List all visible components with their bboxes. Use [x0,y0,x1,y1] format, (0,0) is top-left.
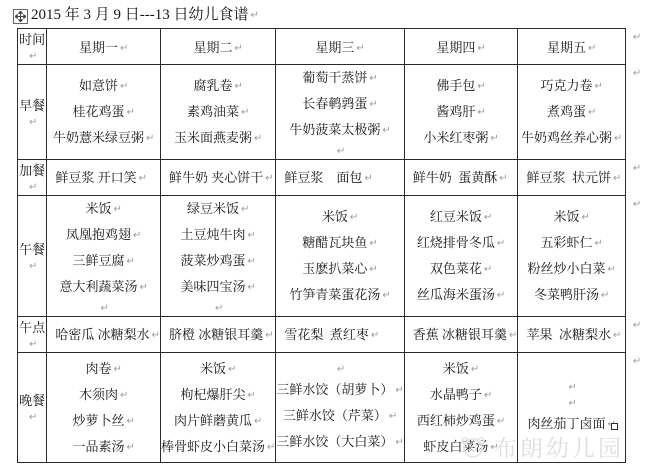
paragraph-mark-icon: ↵ [633,356,641,367]
menu-cell: 脐橙 冰糖银耳羹↵ [160,317,275,353]
paragraph-mark-icon: ↵ [382,125,390,136]
paragraph-mark-icon: ↵ [126,256,134,267]
paragraph-mark-icon: ↵ [614,133,622,144]
menu-item-text: 桂花鸡蛋 [72,104,124,119]
menu-item-text: 玉米面燕麦粥 [174,130,252,145]
paragraph-mark-icon: ↵ [509,330,517,341]
document-title: 2015 年 3 月 9 日---13 日幼儿食谱↵ [31,3,259,24]
menu-item-text: 米饭 [322,209,348,224]
header-row: 时间↵星期一↵星期二↵星期三↵星期四↵星期五↵↵ [18,29,646,65]
paragraph-mark-icon: ↵ [133,230,141,241]
paragraph-mark-icon: ↵ [568,382,576,393]
menu-item-text: 绿豆米饭 [187,201,239,216]
paragraph-mark-icon: ↵ [139,282,147,293]
menu-cell: 香蕉 冰糖银耳羹↵ [404,317,518,353]
menu-item-text: 丝瓜海米蛋汤 [417,287,495,302]
menu-item-line: 米饭↵ [518,204,624,230]
menu-item-text: 腐乳卷 [193,78,232,93]
menu-table: 时间↵星期一↵星期二↵星期三↵星期四↵星期五↵↵ 早餐↵如意饼↵桂花鸡蛋↵牛奶薏… [17,28,646,463]
menu-cell: 佛手包↵酱鸡肝↵小米红枣粥↵ [404,65,518,160]
paragraph-mark-icon: ↵ [389,411,397,422]
menu-item-text: 肉卷 [85,361,111,376]
menu-item-line: 香蕉 冰糖银耳羹↵ [413,322,518,348]
column-header-label: 星期四 [436,40,475,55]
paragraph-mark-icon: ↵ [215,303,223,314]
paragraph-mark-icon: ↵ [395,385,403,396]
menu-item-text: 煮鸡蛋 [547,104,586,119]
row-end-gutter: ↵ [625,353,645,463]
menu-item-line: 凤凰抱鸡翅↵ [47,222,160,248]
menu-item-line: 佛手包↵ [405,73,518,99]
paragraph-mark-icon: ↵ [29,339,37,350]
meal-label-cell: 午餐↵ [18,196,47,317]
menu-table-header: 时间↵星期一↵星期二↵星期三↵星期四↵星期五↵↵ [18,29,646,65]
paragraph-mark-icon: ↵ [251,10,259,21]
menu-item-line: 鲜豆浆 开口笑↵ [55,165,160,191]
menu-item-text: 小米红枣粥 [423,130,488,145]
paragraph-mark-icon: ↵ [477,43,485,54]
menu-item-text: 葡萄干蒸饼 [302,70,367,85]
menu-item-text: 巧克力卷 [540,78,592,93]
menu-item-text: 酱鸡肝 [436,104,475,119]
menu-item-text: 长春鹌鹑蛋 [302,96,367,111]
menu-item-line: 鲜豆浆 状元饼↵ [526,165,624,191]
paragraph-mark-icon: ↵ [594,238,602,249]
menu-item-line: 牛奶鸡丝养心粥↵ [518,125,624,151]
menu-item-line: 三鲜水饺（胡萝卜）↵ [276,377,403,403]
menu-item-line: 菠菜炒鸡蛋↵ [161,248,275,274]
menu-item-line: 三鲜豆腐↵ [47,248,160,274]
meal-label-cell: 早餐↵ [18,65,47,160]
table-move-handle[interactable] [13,9,28,24]
paragraph-mark-icon: ↵ [607,264,615,275]
paragraph-mark-icon: ↵ [29,182,37,193]
meal-label: 早餐 [19,98,45,113]
paragraph-mark-icon: ↵ [471,364,479,375]
menu-item-text: 三鲜豆腐 [72,253,124,268]
paragraph-mark-icon: ↵ [265,330,273,341]
paragraph-mark-icon: ↵ [568,398,576,409]
menu-item-text: 牛奶薏米绿豆粥 [53,130,144,145]
menu-cell: 如意饼↵桂花鸡蛋↵牛奶薏米绿豆粥↵ [47,65,161,160]
menu-item-text: 鲜牛奶 夹心饼干 [169,170,263,185]
paragraph-mark-icon: ↵ [497,290,505,301]
menu-item-line: 素鸡油菜↵ [161,99,275,125]
menu-item-text: 肉片鲜蘑黄瓜 [174,413,252,428]
paragraph-mark-icon: ↵ [497,416,505,427]
menu-item-text: 米饭 [443,361,469,376]
menu-cell: 米饭↵枸杞爆肝尖↵肉片鲜蘑黄瓜↵棒骨虾皮小白菜汤↵ [160,353,275,463]
paragraph-mark-icon: ↵ [146,133,154,144]
menu-item-line: 鲜牛奶 蛋黄酥↵ [413,165,518,191]
paragraph-mark-icon: ↵ [484,390,492,401]
menu-item-text: 三鲜水饺（芹菜） [283,408,387,423]
paragraph-mark-icon: ↵ [247,230,255,241]
menu-item-line: 五彩虾仁↵ [518,230,624,256]
menu-cell: 鲜牛奶 夹心饼干↵ [160,160,275,196]
column-header-label: 星期三 [315,40,354,55]
menu-table-body: 早餐↵如意饼↵桂花鸡蛋↵牛奶薏米绿豆粥↵腐乳卷↵素鸡油菜↵玉米面燕麦粥↵葡萄干蒸… [18,65,646,463]
meal-row: 加餐↵鲜豆浆 开口笑↵鲜牛奶 夹心饼干↵鲜豆浆 面包↵鲜牛奶 蛋黄酥↵鲜豆浆 状… [18,160,646,196]
paragraph-mark-icon: ↵ [350,212,358,223]
menu-item-text: 如意饼 [79,78,118,93]
menu-item-line: 煮鸡蛋↵ [518,99,624,125]
menu-item-line: 玉麽扒菜心↵ [276,256,403,282]
menu-item-line: 鲜牛奶 夹心饼干↵ [169,165,275,191]
menu-item-text: 木须肉 [79,387,118,402]
row-end-gutter: ↵ [625,317,645,353]
menu-cell: 红豆米饭↵红烧排骨冬瓜↵双色菜花↵丝瓜海米蛋汤↵ [404,196,518,317]
menu-item-text: 一品素汤 [72,439,124,454]
meal-label: 晚餐 [19,393,45,408]
paragraph-mark-icon: ↵ [382,290,390,301]
menu-item-line: 酱鸡肝↵ [405,99,518,125]
paragraph-mark-icon: ↵ [484,212,492,223]
watermark: 布朗幼儿园 [457,430,624,463]
menu-item-text: 鲜豆浆 状元饼 [526,170,611,185]
menu-item-line: 红豆米饭↵ [405,204,518,230]
paragraph-mark-icon: ↵ [29,117,37,128]
menu-item-text: 鲜牛奶 蛋黄酥 [413,170,498,185]
menu-item-text: 牛奶菠菜太极粥 [289,122,380,137]
paragraph-mark-icon: ↵ [633,199,641,210]
menu-item-line: 腐乳卷↵ [161,73,275,99]
menu-item-text: 竹笋青菜蛋花汤 [289,287,380,302]
menu-item-text: 水晶鸭子 [430,387,482,402]
menu-item-text: 脐橙 冰糖银耳羹 [169,327,263,342]
column-header-day: 星期三↵ [276,29,404,65]
menu-cell: 哈密瓜 冰糖梨水↵ [47,317,161,353]
menu-item-line: 棒骨虾皮小白菜汤↵ [161,434,275,460]
menu-item-line: 哈密瓜 冰糖梨水↵ [55,322,160,348]
menu-item-text: 土豆炖牛肉 [180,227,245,242]
bear-logo-icon [457,433,487,461]
menu-cell: 葡萄干蒸饼↵长春鹌鹑蛋↵牛奶菠菜太极粥↵↵ [276,65,404,160]
menu-item-line: 木须肉↵ [47,382,160,408]
menu-item-text: 糖醋瓦块鱼 [302,235,367,250]
column-header-time: 时间↵ [18,29,47,65]
menu-item-text: 雪花梨 煮红枣 [284,327,369,342]
word-document-page: { "title": "2015 年 3 月 9 日---13 日幼儿食谱", … [0,0,646,476]
paragraph-mark-icon: ↵ [247,390,255,401]
paragraph-mark-icon: ↵ [337,364,345,375]
menu-item-line: 牛奶薏米绿豆粥↵ [47,125,160,151]
paragraph-mark-icon: ↵ [594,81,602,92]
paragraph-mark-icon: ↵ [371,330,379,341]
column-header-label: 星期一 [79,40,118,55]
menu-cell: ↵三鲜水饺（胡萝卜）↵三鲜水饺（芹菜）↵三鲜水饺（大白菜）↵ [276,353,404,463]
paragraph-mark-icon: ↵ [601,290,609,301]
paragraph-mark-icon: ↵ [247,256,255,267]
menu-item-line: ↵ [276,143,403,159]
menu-cell: 苹果 冰糖梨水↵ [518,317,625,353]
menu-item-line: 红烧排骨冬瓜↵ [405,230,518,256]
menu-item-line: 美味四宝汤↵ [161,274,275,300]
paragraph-mark-icon: ↵ [490,133,498,144]
menu-item-text: 西红柿炒鸡蛋 [417,413,495,428]
menu-item-text: 美味四宝汤 [180,279,245,294]
paragraph-mark-icon: ↵ [497,238,505,249]
paragraph-mark-icon: ↵ [588,43,596,54]
paragraph-mark-icon: ↵ [369,264,377,275]
paragraph-mark-icon: ↵ [395,437,403,448]
menu-cell: 鲜豆浆 开口笑↵ [47,160,161,196]
menu-item-line: 水晶鸭子↵ [405,382,518,408]
menu-item-line: 鲜豆浆 面包↵ [284,165,403,191]
paragraph-mark-icon: ↵ [234,81,242,92]
menu-item-text: 红豆米饭 [430,209,482,224]
menu-item-text: 素鸡油菜 [187,104,239,119]
menu-item-text: 米饭 [553,209,579,224]
menu-item-line: ↵ [518,395,624,411]
column-header-label: 时间 [19,32,45,47]
paragraph-mark-icon: ↵ [484,264,492,275]
table-resize-handle[interactable] [611,423,618,430]
paragraph-mark-icon: ↵ [152,330,160,341]
menu-item-line: ↵ [161,300,275,316]
meal-row: 早餐↵如意饼↵桂花鸡蛋↵牛奶薏米绿豆粥↵腐乳卷↵素鸡油菜↵玉米面燕麦粥↵葡萄干蒸… [18,65,646,160]
paragraph-mark-icon: ↵ [633,68,641,79]
column-header-label: 星期二 [193,40,232,55]
meal-label-cell: 晚餐↵ [18,353,47,463]
menu-cell: 米饭↵糖醋瓦块鱼↵玉麽扒菜心↵竹笋青菜蛋花汤↵ [276,196,404,317]
menu-item-line: 三鲜水饺（芹菜）↵ [276,403,403,429]
menu-item-text: 凤凰抱鸡翅 [66,227,131,242]
menu-item-text: 粉丝炒小白菜 [527,261,605,276]
column-header-day: 星期五↵ [518,29,625,65]
menu-item-line: 绿豆米饭↵ [161,196,275,222]
menu-item-line: 竹笋青菜蛋花汤↵ [276,282,403,308]
menu-item-text: 肉丝茄丁卤面 [527,416,605,431]
paragraph-mark-icon: ↵ [139,173,147,184]
menu-cell: 巧克力卷↵煮鸡蛋↵牛奶鸡丝养心粥↵ [518,65,625,160]
paragraph-mark-icon: ↵ [120,81,128,92]
menu-item-line: 肉卷↵ [47,356,160,382]
meal-row: 午餐↵米饭↵凤凰抱鸡翅↵三鲜豆腐↵意大利蔬菜汤↵↵绿豆米饭↵土豆炖牛肉↵菠菜炒鸡… [18,196,646,317]
menu-item-line: ↵ [276,361,403,377]
menu-item-line: 米饭↵ [161,356,275,382]
menu-item-line: ↵ [47,300,160,316]
paragraph-mark-icon: ↵ [247,282,255,293]
menu-item-text: 意大利蔬菜汤 [59,279,137,294]
paragraph-mark-icon: ↵ [120,390,128,401]
paragraph-mark-icon: ↵ [369,73,377,84]
column-header-day: 星期二↵ [160,29,275,65]
menu-item-line: 桂花鸡蛋↵ [47,99,160,125]
menu-item-line: 意大利蔬菜汤↵ [47,274,160,300]
paragraph-mark-icon: ↵ [234,43,242,54]
paragraph-mark-icon: ↵ [613,330,621,341]
menu-cell: 雪花梨 煮红枣↵ [276,317,404,353]
menu-cell: 绿豆米饭↵土豆炖牛肉↵菠菜炒鸡蛋↵美味四宝汤↵↵ [160,196,275,317]
menu-item-line: 粉丝炒小白菜↵ [518,256,624,282]
menu-item-text: 玉麽扒菜心 [302,261,367,276]
meal-label-cell: 加餐↵ [18,160,47,196]
menu-item-line: 小米红枣粥↵ [405,125,518,151]
paragraph-mark-icon: ↵ [364,173,372,184]
paragraph-mark-icon: ↵ [29,412,37,423]
paragraph-mark-icon: ↵ [113,364,121,375]
paragraph-mark-icon: ↵ [267,442,275,453]
paragraph-mark-icon: ↵ [126,416,134,427]
menu-item-text: 五彩虾仁 [540,235,592,250]
menu-item-line: 三鲜水饺（大白菜）↵ [276,429,403,455]
menu-item-text: 佛手包 [436,78,475,93]
menu-item-line: 米饭↵ [47,196,160,222]
column-header-day: 星期一↵ [47,29,161,65]
paragraph-mark-icon: ↵ [369,238,377,249]
paragraph-mark-icon: ↵ [337,146,345,157]
menu-item-line: 牛奶菠菜太极粥↵ [276,117,403,143]
paragraph-mark-icon: ↵ [613,173,621,184]
menu-item-text: 苹果 冰糖梨水 [526,327,611,342]
paragraph-mark-icon: ↵ [633,320,641,331]
menu-item-text: 牛奶鸡丝养心粥 [521,130,612,145]
paragraph-mark-icon: ↵ [369,99,377,110]
paragraph-mark-icon: ↵ [633,163,641,174]
paragraph-mark-icon: ↵ [29,261,37,272]
paragraph-mark-icon: ↵ [265,173,273,184]
paragraph-mark-icon: ↵ [499,173,507,184]
menu-cell: 米饭↵凤凰抱鸡翅↵三鲜豆腐↵意大利蔬菜汤↵↵ [47,196,161,317]
paragraph-mark-icon: ↵ [477,107,485,118]
paragraph-mark-icon: ↵ [633,32,641,43]
paragraph-mark-icon: ↵ [477,81,485,92]
watermark-text: 布朗幼儿园 [494,430,624,463]
menu-item-line: 苹果 冰糖梨水↵ [526,322,624,348]
menu-item-text: 鲜豆浆 开口笑 [55,170,136,185]
menu-item-line: 巧克力卷↵ [518,73,624,99]
paragraph-mark-icon: ↵ [241,107,249,118]
menu-item-line: 玉米面燕麦粥↵ [161,125,275,151]
row-end-gutter: ↵ [625,160,645,196]
paragraph-mark-icon: ↵ [126,107,134,118]
menu-item-text: 米饭 [85,201,111,216]
menu-item-line: 冬菜鸭肝汤↵ [518,282,624,308]
menu-item-line: 肉片鲜蘑黄瓜↵ [161,408,275,434]
menu-item-text: 双色菜花 [430,261,482,276]
menu-item-line: 长春鹌鹑蛋↵ [276,91,403,117]
paragraph-mark-icon: ↵ [113,204,121,215]
paragraph-mark-icon: ↵ [581,212,589,223]
paragraph-mark-icon: ↵ [100,303,108,314]
row-end-gutter: ↵ [625,196,645,317]
meal-label: 午点 [19,320,45,335]
menu-cell: 鲜豆浆 状元饼↵ [518,160,625,196]
paragraph-mark-icon: ↵ [254,133,262,144]
menu-item-line: 枸杞爆肝尖↵ [161,382,275,408]
meal-row: 午点↵哈密瓜 冰糖梨水↵脐橙 冰糖银耳羹↵雪花梨 煮红枣↵香蕉 冰糖银耳羹↵苹果… [18,317,646,353]
menu-item-line: 炒萝卜丝↵ [47,408,160,434]
paragraph-mark-icon: ↵ [241,204,249,215]
menu-item-line: 葡萄干蒸饼↵ [276,65,403,91]
menu-item-text: 三鲜水饺（大白菜） [276,434,393,449]
menu-item-text: 枸杞爆肝尖 [180,387,245,402]
paragraph-mark-icon: ↵ [356,43,364,54]
menu-item-text: 红烧排骨冬瓜 [417,235,495,250]
paragraph-mark-icon: ↵ [254,416,262,427]
meal-label-cell: 午点↵ [18,317,47,353]
menu-item-text: 冬菜鸭肝汤 [534,287,599,302]
meal-label: 午餐 [19,242,45,257]
menu-item-line: 米饭↵ [405,356,518,382]
paragraph-mark-icon: ↵ [588,107,596,118]
row-end-gutter: ↵ [625,65,645,160]
menu-item-text: 三鲜水饺（胡萝卜） [276,382,393,397]
menu-item-text: 香蕉 冰糖银耳羹 [413,327,507,342]
paragraph-mark-icon: ↵ [228,364,236,375]
menu-item-line: 丝瓜海米蛋汤↵ [405,282,518,308]
paragraph-mark-icon: ↵ [126,442,134,453]
meal-label: 加餐 [19,163,45,178]
menu-item-text: 哈密瓜 冰糖梨水 [55,327,149,342]
menu-cell: 鲜豆浆 面包↵ [276,160,404,196]
menu-cell: 肉卷↵木须肉↵炒萝卜丝↵一品素汤↵ [47,353,161,463]
column-header-label: 星期五 [547,40,586,55]
menu-item-line: 米饭↵ [276,204,403,230]
paragraph-mark-icon: ↵ [29,51,37,62]
menu-item-text: 米饭 [200,361,226,376]
menu-cell: 腐乳卷↵素鸡油菜↵玉米面燕麦粥↵ [160,65,275,160]
menu-item-line: 脐橙 冰糖银耳羹↵ [169,322,275,348]
menu-cell: 鲜牛奶 蛋黄酥↵ [404,160,518,196]
menu-item-text: 炒萝卜丝 [72,413,124,428]
move-arrows-icon [15,11,26,22]
menu-cell: 米饭↵五彩虾仁↵粉丝炒小白菜↵冬菜鸭肝汤↵ [518,196,625,317]
menu-item-text: 菠菜炒鸡蛋 [180,253,245,268]
paragraph-mark-icon: ↵ [120,43,128,54]
menu-item-line: 雪花梨 煮红枣↵ [284,322,403,348]
menu-item-line: 双色菜花↵ [405,256,518,282]
menu-item-line: 糖醋瓦块鱼↵ [276,230,403,256]
menu-item-text: 棒骨虾皮小白菜汤 [161,439,265,454]
menu-item-line: 一品素汤↵ [47,434,160,460]
menu-item-line: 土豆炖牛肉↵ [161,222,275,248]
document-title-text: 2015 年 3 月 9 日---13 日幼儿食谱 [31,7,249,23]
menu-item-line: ↵ [518,379,624,395]
row-end-gutter: ↵ [625,29,645,65]
menu-item-line: 如意饼↵ [47,73,160,99]
column-header-day: 星期四↵ [404,29,518,65]
menu-item-text: 鲜豆浆 面包 [284,170,362,185]
